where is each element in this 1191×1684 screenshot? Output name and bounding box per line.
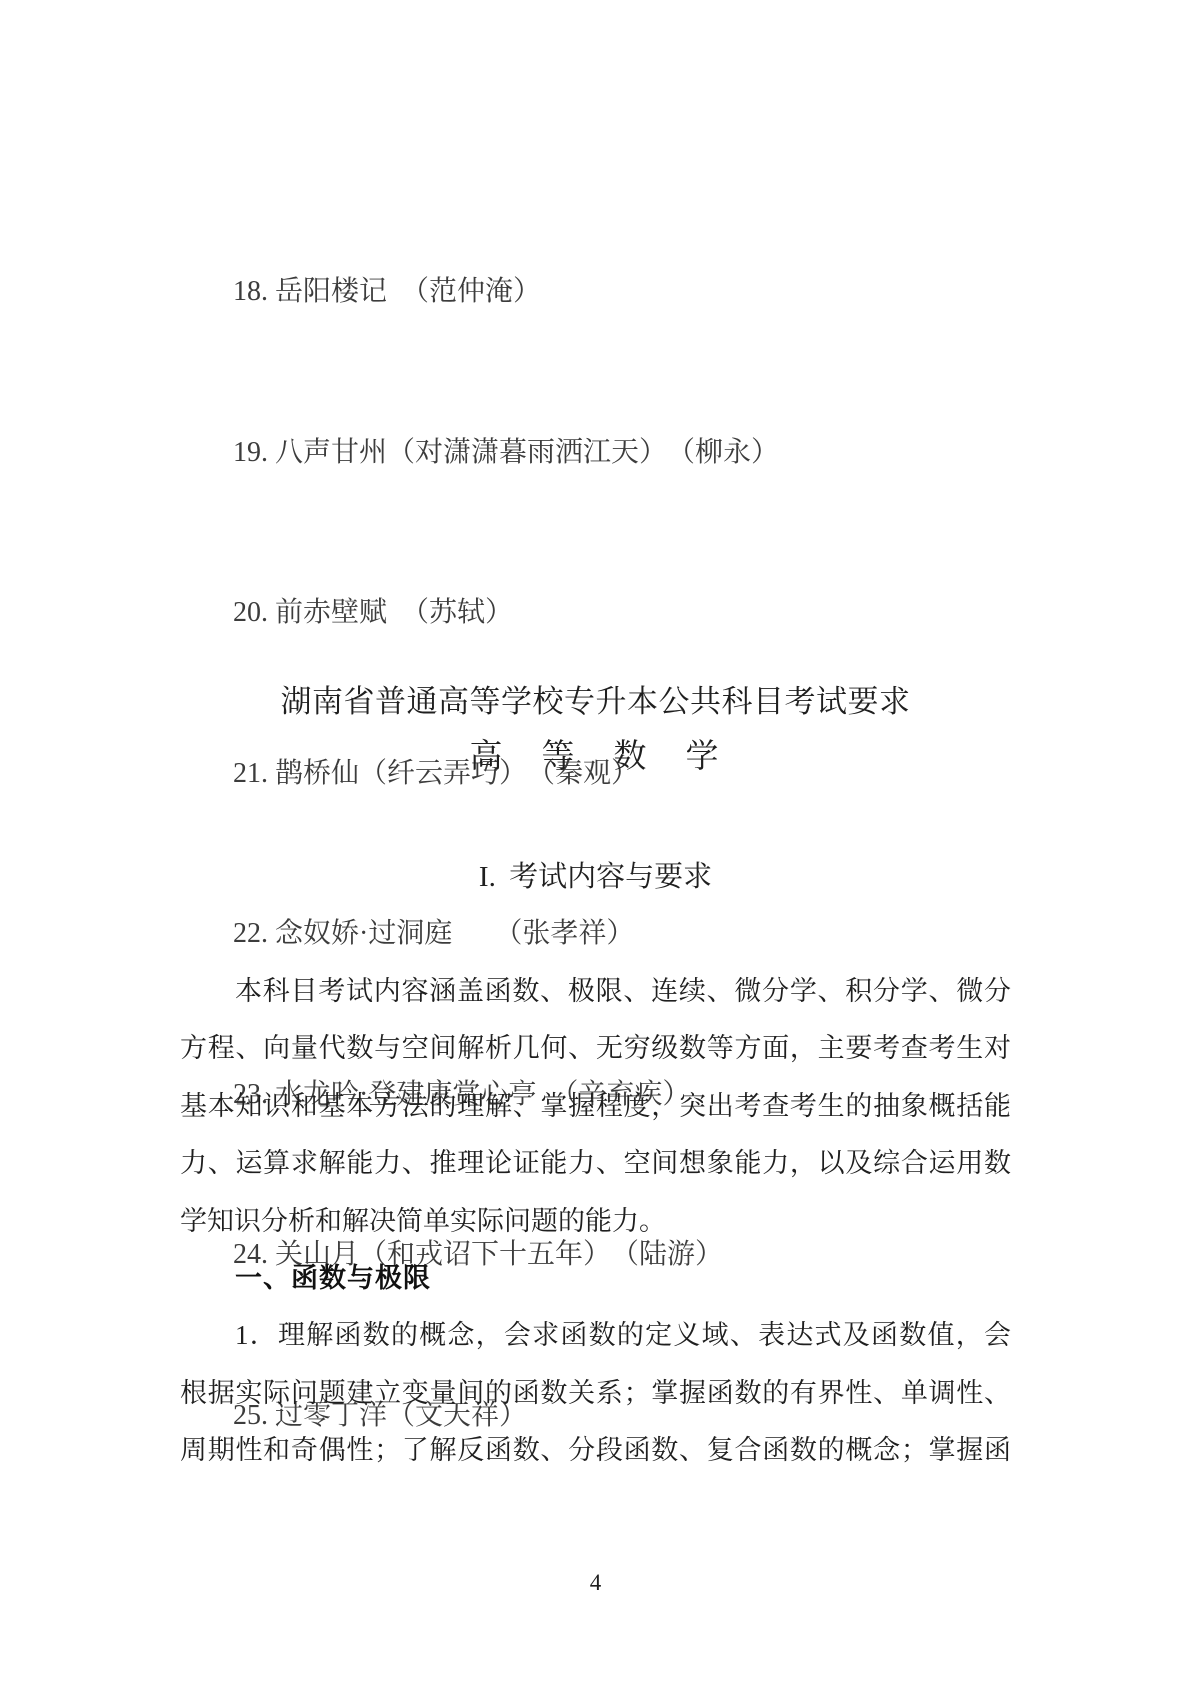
chapter-heading: 一、函数与极限: [180, 1250, 1011, 1307]
intro-line: 方程、向量代数与空间解析几何、无穷级数等方面，主要考查考生对: [180, 1020, 1011, 1077]
intro-line: 学知识分析和解决简单实际问题的能力。: [180, 1193, 1011, 1250]
body-text: 本科目考试内容涵盖函数、极限、连续、微分学、积分学、微分 方程、向量代数与空间解…: [180, 963, 1011, 1480]
document-page: 18. 岳阳楼记 （范仲淹） 19. 八声甘州（对潇潇暮雨洒江天） （柳永） 2…: [0, 0, 1191, 1684]
document-subtitle: 高 等 数 学: [0, 730, 1191, 784]
part-heading: I. 考试内容与要求: [0, 850, 1191, 904]
list-item: 20. 前赤壁赋 （苏轼）: [233, 586, 1053, 640]
point-line: 周期性和奇偶性；了解反函数、分段函数、复合函数的概念；掌握函: [180, 1422, 1011, 1479]
point-line: 根据实际问题建立变量间的函数关系；掌握函数的有界性、单调性、: [180, 1365, 1011, 1422]
point-line: 1．理解函数的概念，会求函数的定义域、表达式及函数值，会: [180, 1307, 1011, 1364]
intro-line: 基本知识和基本方法的理解、掌握程度，突出考查考生的抽象概括能: [180, 1078, 1011, 1135]
list-item: 18. 岳阳楼记 （范仲淹）: [233, 265, 1053, 319]
list-item: 22. 念奴娇·过洞庭 （张孝祥）: [233, 907, 1053, 961]
page-number: 4: [0, 1568, 1191, 1598]
list-item: 19. 八声甘州（对潇潇暮雨洒江天） （柳永）: [233, 426, 1053, 480]
intro-line: 力、运算求解能力、推理论证能力、空间想象能力，以及综合运用数: [180, 1135, 1011, 1192]
intro-line: 本科目考试内容涵盖函数、极限、连续、微分学、积分学、微分: [180, 963, 1011, 1020]
document-title: 湖南省普通高等学校专升本公共科目考试要求: [0, 675, 1191, 729]
